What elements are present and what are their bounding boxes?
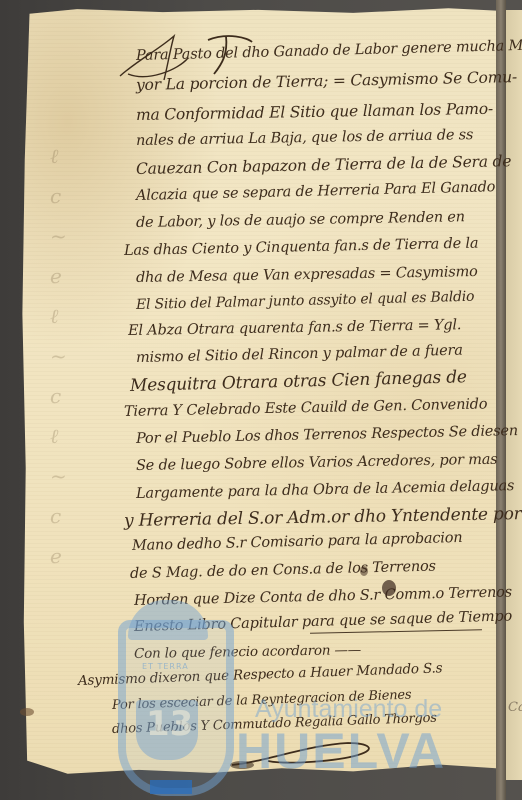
ms-line: mismo el Sitio del Rincon y palmar de a … [136,343,463,366]
ms-line: Las dhas Ciento y Cinquenta fan.s de Tie… [124,236,479,259]
ms-line: nales de arriua La Baja, que los de arri… [136,127,473,149]
ms-line: Largamente para la dha Obra de la Acemia… [136,478,515,502]
ms-line: Alcazia que se separa de Herreria Para E… [136,179,496,204]
ms-line: Cauezan Con bapazon de Tierra de la de S… [136,152,512,178]
ms-line: Tierra Y Celebrado Este Cauild de Gen. C… [124,396,488,420]
ms-line: El Sitio del Palmar junto assyito el qua… [136,289,475,313]
ms-line: Mesquitra Otrara otras Cien fanegas de [130,367,467,396]
ms-line: y Herreria del S.or Adm.or dho Yntendent… [124,504,522,531]
ms-line: de S Mag. de do en Cons.a de los Terreno… [130,559,436,582]
ms-line: de Labor, y los de auajo se compre Rende… [136,209,465,231]
ms-line: Para Pasto del dho Ganado de Labor gener… [136,38,522,64]
ms-line: El Abza Otrara quarenta fan.s de Tierra … [128,317,462,339]
signature-flourish [228,735,388,775]
manuscript-text: Para Pasto del dho Ganado de Labor gener… [0,0,522,800]
ms-line: Mano dedho S.r Comisario para la aprobac… [132,530,463,554]
ms-line: Por el Pueblo Los dhos Terrenos Respecto… [136,423,518,447]
ms-line: Horden que Dize Conta de dho S.r Comm.o … [134,584,512,609]
ms-line: Con lo que fenecio acordaron —— [134,642,361,662]
ink-blot [20,708,34,716]
ms-line: yor La porcion de Tierra; = Casymismo Se… [136,68,517,94]
ms-line: dha de Mesa que Van expresadas = Casymis… [136,264,478,286]
ms-line: Por los esceciar de la Reyntegracion de … [112,688,412,713]
ms-line: Enesto Libro Capitular para que se saque… [134,608,512,635]
ink-blot [382,580,396,596]
ms-line: Se de luego Sobre ellos Varios Acredores… [136,452,498,474]
ms-line: dhos Pueblos Y Commutado Regalia Gallo T… [112,711,437,737]
ink-blot [360,566,368,576]
ms-line: Asymismo dixeron que Respecto a Hauer Ma… [78,660,443,689]
ms-line: ma Conformidad El Sitio que llaman los P… [136,100,493,124]
